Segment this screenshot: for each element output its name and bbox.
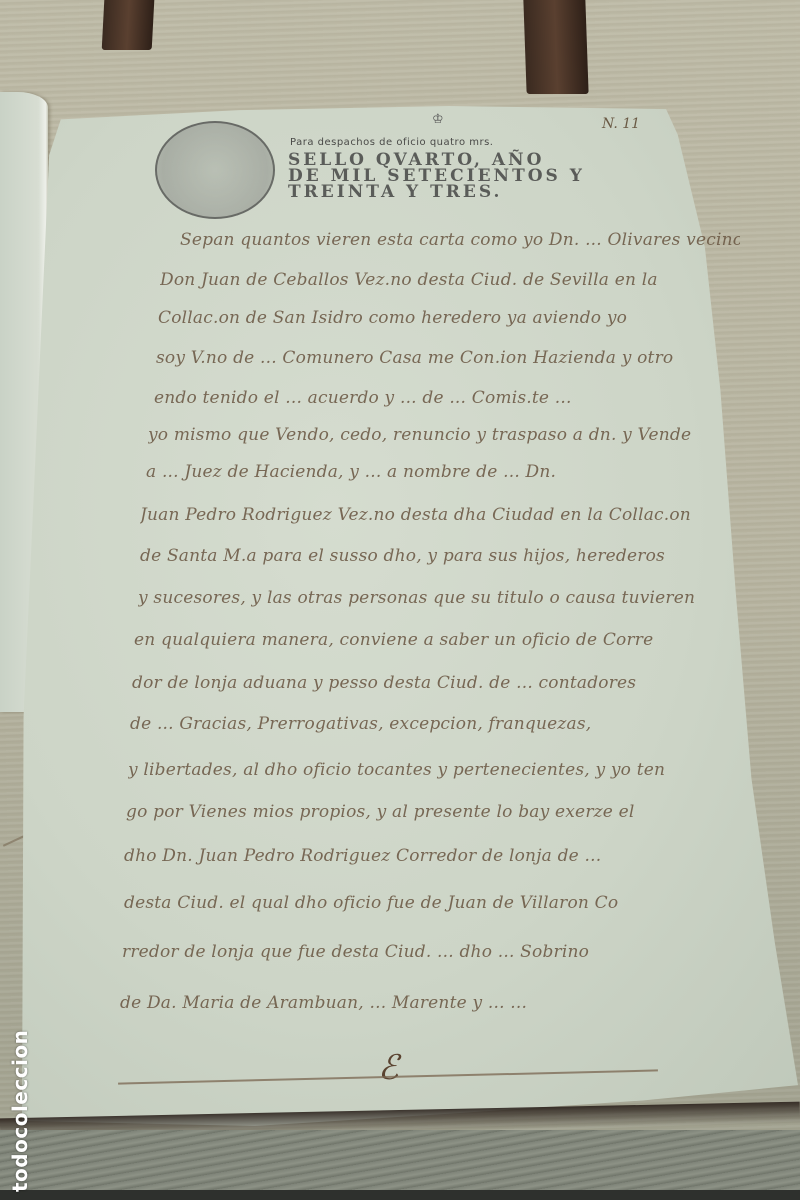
handwritten-line: dho Dn. Juan Pedro Rodriguez Corredor de… (124, 846, 684, 866)
handwritten-line: endo tenido el ... acuerdo y ... de ... … (154, 388, 714, 408)
wooden-stand-left-leg (102, 0, 155, 50)
handwritten-line: Juan Pedro Rodriguez Vez.no desta dha Ci… (140, 505, 700, 525)
handwritten-line: Don Juan de Ceballos Vez.no desta Ciud. … (160, 270, 720, 290)
handwritten-line: rredor de lonja que fue desta Ciud. ... … (122, 942, 682, 962)
handwritten-line: a ... Juez de Hacienda, y ... a nombre d… (146, 462, 706, 482)
handwritten-line: soy V.no de ... Comunero Casa me Con.ion… (156, 348, 716, 368)
printed-header: Para despachos de oficio quatro mrs. (290, 137, 494, 148)
manuscript-page (22, 104, 798, 1126)
handwritten-line: en qualquiera manera, conviene a saber u… (134, 630, 694, 650)
table-edge (0, 1190, 800, 1200)
handwritten-line: de Santa M.a para el susso dho, y para s… (140, 546, 700, 566)
stamp-title-line: TREINTA Y TRES. (288, 184, 628, 200)
folio-number: N. 11 (602, 116, 640, 132)
handwritten-line: go por Vienes mios propios, y al present… (126, 802, 686, 822)
stamp-title: SELLO QVARTO, AÑO DE MIL SETECIENTOS Y T… (288, 152, 628, 200)
handwritten-line: Sepan quantos vieren esta carta como yo … (180, 230, 740, 250)
handwritten-line: de ... Gracias, Prerrogativas, excepcion… (130, 714, 690, 734)
handwritten-line: y sucesores, y las otras personas que su… (138, 588, 698, 608)
embossed-seal-stamp (155, 121, 275, 219)
handwritten-line: dor de lonja aduana y pesso desta Ciud. … (132, 673, 692, 693)
signature-rubric: ℰ (378, 1048, 399, 1088)
handwritten-line: yo mismo que Vendo, cedo, renuncio y tra… (148, 425, 708, 445)
wooden-stand-right-leg (523, 0, 588, 94)
watermark-text: todocoleccion (8, 1022, 34, 1192)
handwritten-line: de Da. Maria de Arambuan, ... Marente y … (120, 993, 680, 1013)
crown-icon: ♔ (432, 112, 444, 127)
handwritten-line: desta Ciud. el qual dho oficio fue de Ju… (124, 893, 684, 913)
handwritten-line: Collac.on de San Isidro como heredero ya… (158, 308, 718, 328)
handwritten-line: y libertades, al dho oficio tocantes y p… (128, 760, 688, 780)
